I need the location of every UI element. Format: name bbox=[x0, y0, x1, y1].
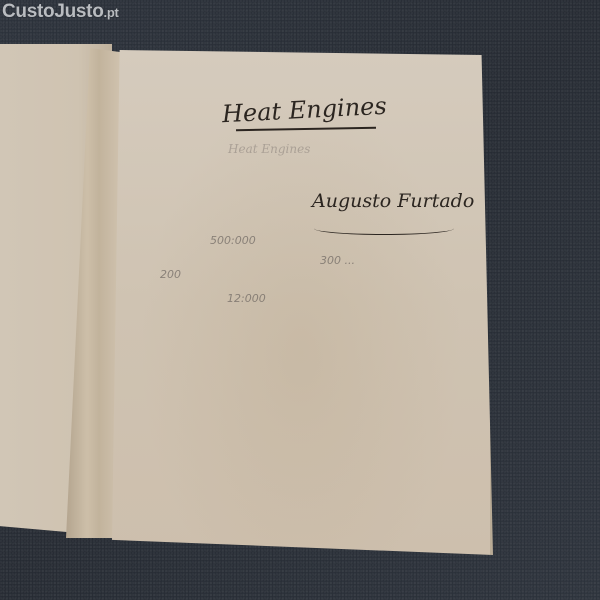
right-page bbox=[112, 50, 493, 555]
site-watermark: CustoJusto.pt bbox=[2, 1, 119, 23]
pencil-note: 300 ... bbox=[320, 254, 355, 267]
pencil-note: 200 bbox=[160, 268, 181, 281]
signature: Augusto Furtado bbox=[312, 190, 474, 212]
pencil-note: 12:000 bbox=[227, 292, 266, 305]
watermark-tld: .pt bbox=[104, 5, 119, 20]
pencil-note: 500:000 bbox=[210, 234, 256, 247]
signature-flourish bbox=[314, 222, 454, 235]
pencil-title: Heat Engines bbox=[228, 142, 310, 156]
watermark-brand: CustoJusto bbox=[2, 1, 104, 22]
